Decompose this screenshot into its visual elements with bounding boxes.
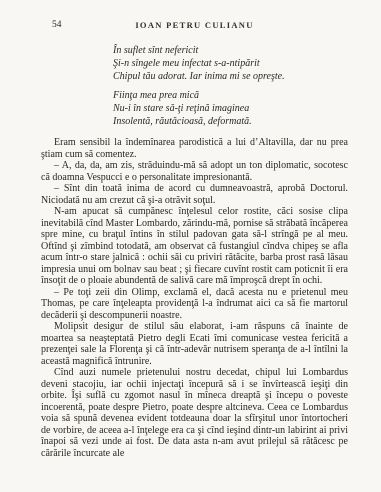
poem-line: Chipul tău adorat. Iar inima mi se opreş… [113,70,381,83]
paragraph: Cînd auzi numele prietenului nostru dece… [41,367,348,459]
body-text: Eram sensibil la îndemînarea parodistică… [41,137,348,459]
paragraph: Molipsit desigur de stilul său elaborat,… [41,321,348,367]
poem-line: Insolentă, răutăcioasă, deformată. [113,115,381,128]
paragraph: N-am apucat să cumpănesc înţelesul celor… [41,206,348,287]
book-page: 54 IOAN PETRU CULIANU În suflet sînt nef… [0,0,381,492]
paragraph: – A, da, da, am zis, străduindu-mă să ad… [41,160,348,183]
paragraph: – Sînt din toată inima de acord cu dumne… [41,183,348,206]
poem-line: Şi-n sîngele meu infectat s-a-ntipărit [113,57,381,70]
poem-line: În suflet sînt nefericit [113,44,381,57]
running-header: 54 IOAN PETRU CULIANU [41,20,348,32]
running-title: IOAN PETRU CULIANU [41,20,348,31]
poem-stanza-1: În suflet sînt nefericit Şi-n sîngele me… [113,44,381,83]
paragraph: – Pe toţi zeii din Olimp, exclamă el, da… [41,287,348,322]
poem-stanza-2: Fiinţa mea prea mică Nu-i în stare să-ţi… [113,89,381,128]
poem-block: În suflet sînt nefericit Şi-n sîngele me… [113,44,381,128]
paragraph: Eram sensibil la îndemînarea parodistică… [41,137,348,160]
page-number: 54 [52,20,62,31]
poem-line: Nu-i în stare să-ţi reţină imaginea [113,102,381,115]
poem-line: Fiinţa mea prea mică [113,89,381,102]
